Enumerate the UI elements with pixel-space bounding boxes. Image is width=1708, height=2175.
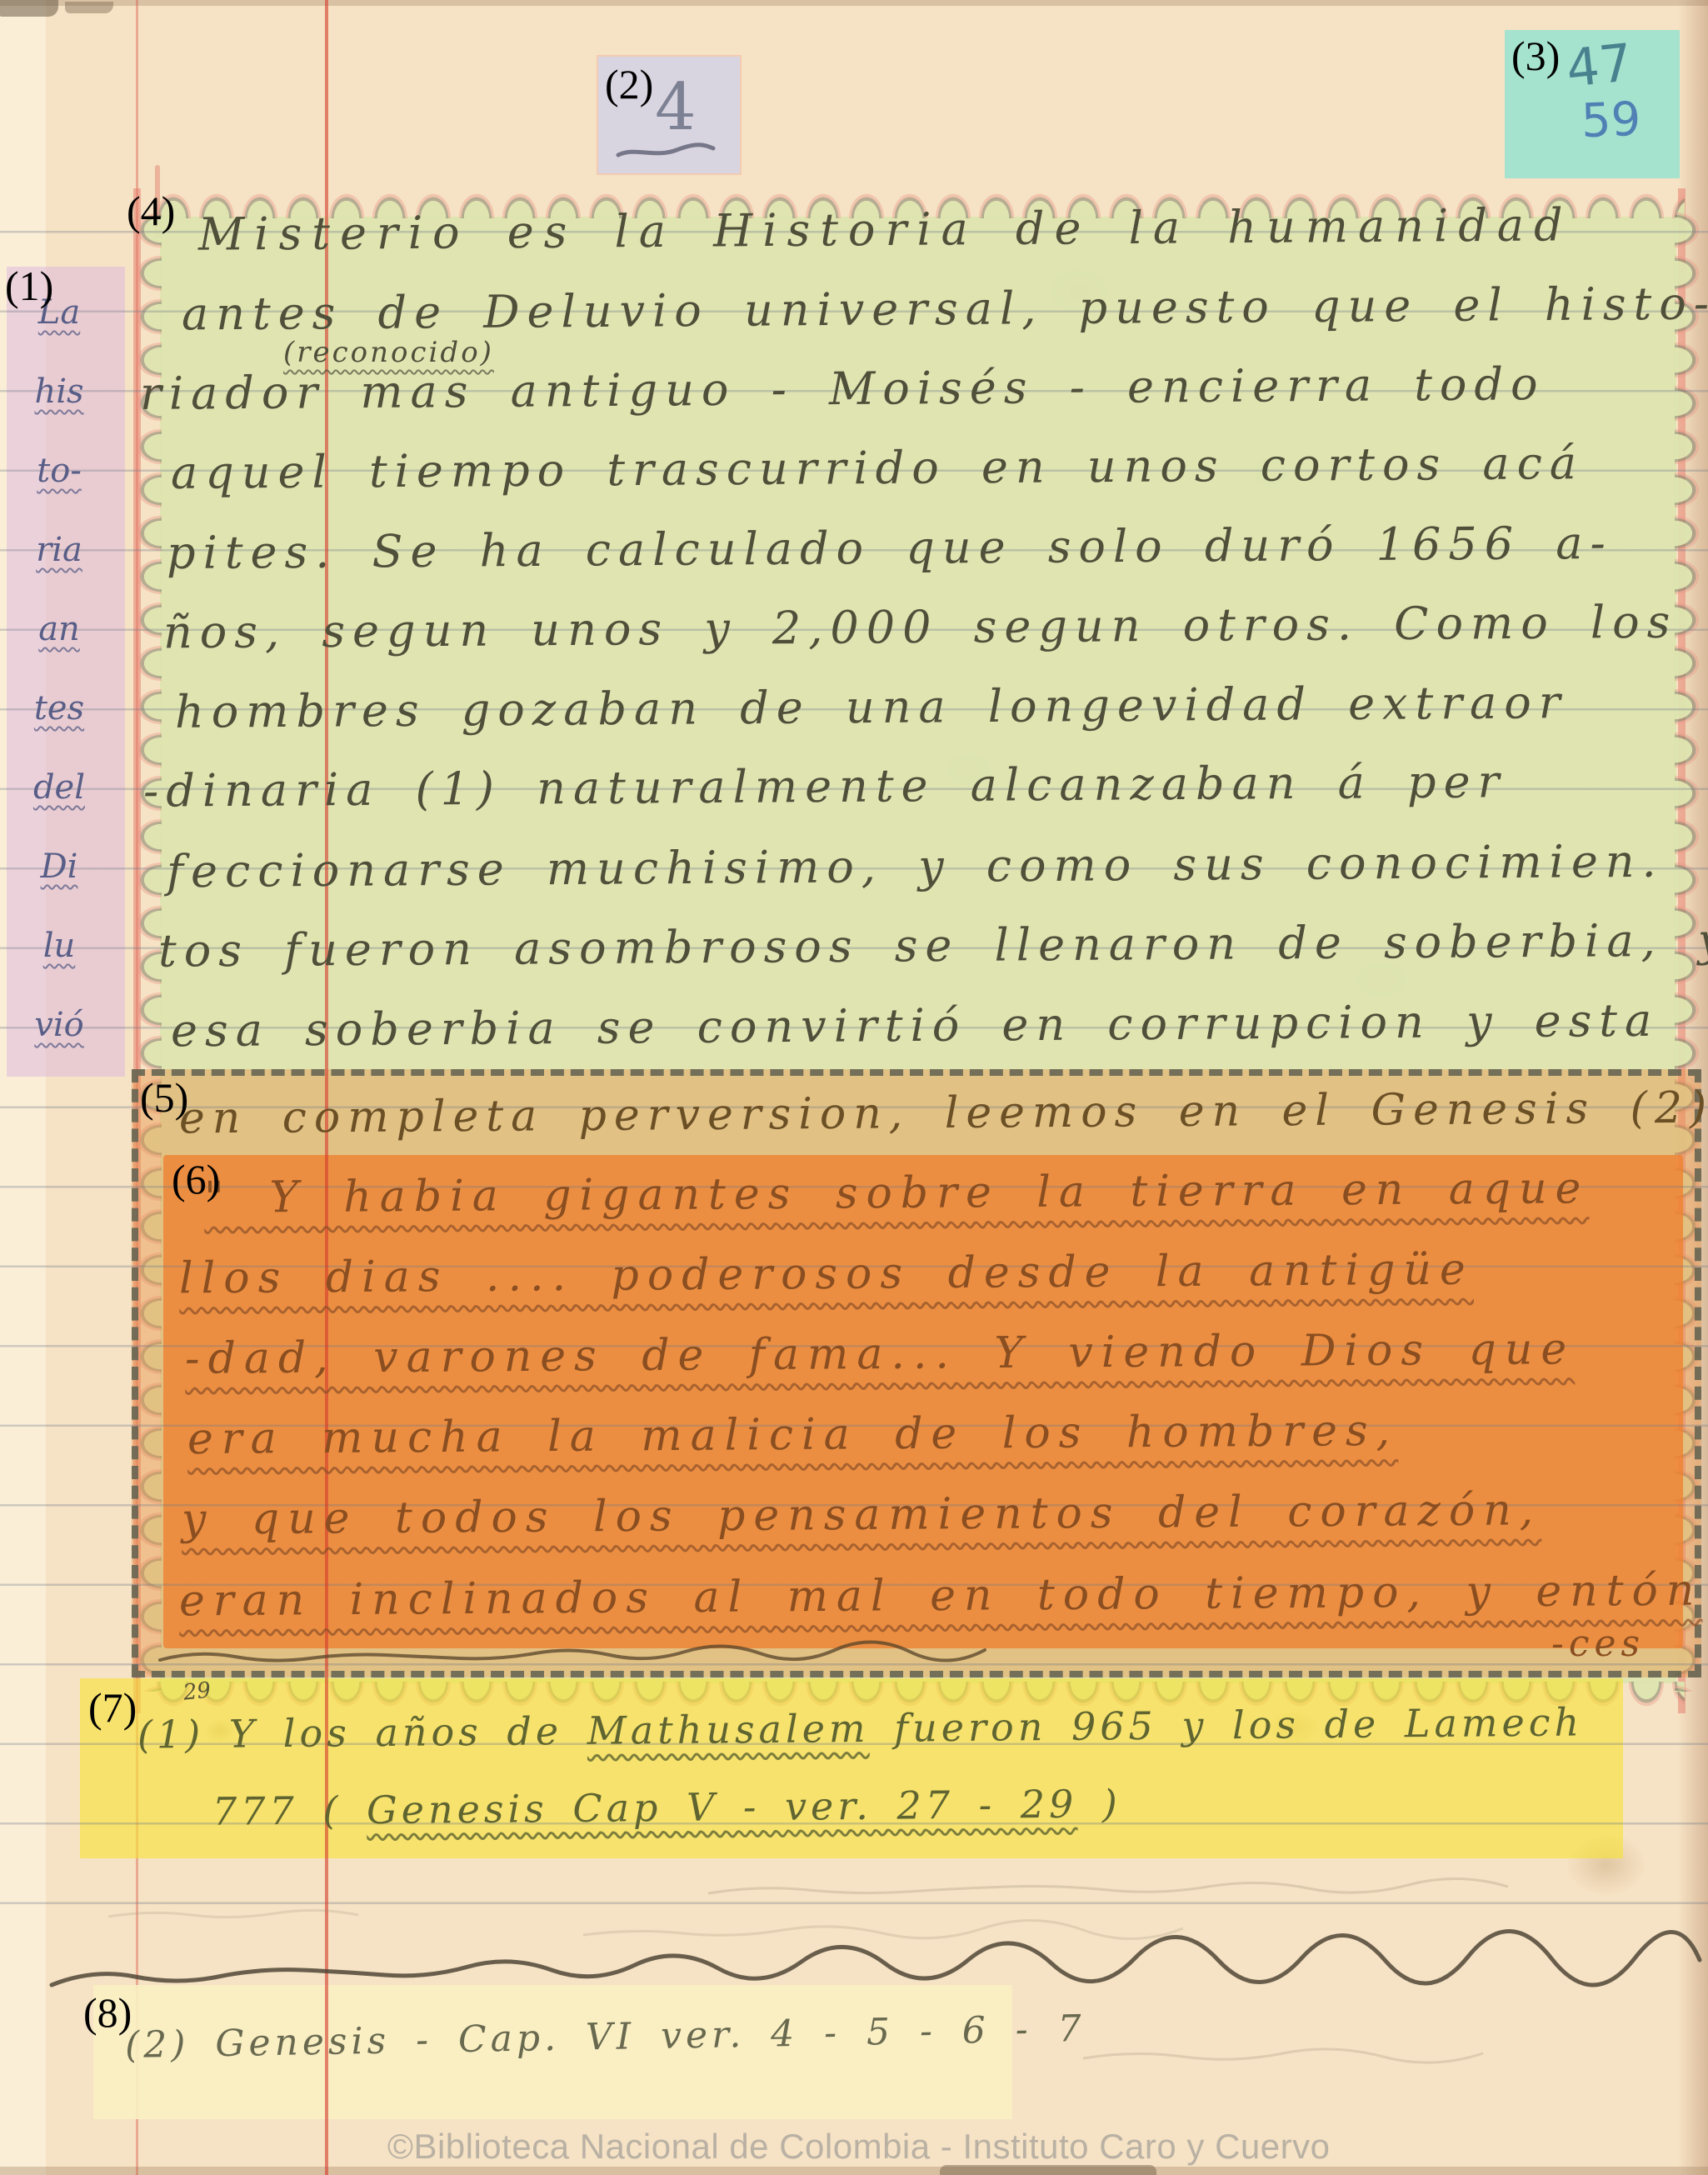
manuscript-line: pites. Se ha calculado que solo duró 165… [167, 517, 1613, 579]
margin-word: del [0, 768, 118, 807]
annotation-label-4: (4) [127, 190, 175, 232]
margin-word: his [0, 372, 118, 411]
footnote-corner-note: 29 [182, 1678, 212, 1706]
annotation-label-6: (6) [172, 1158, 220, 1200]
page-number-value: 4 [655, 70, 697, 145]
corner-number-bottom: 59 [1581, 92, 1641, 148]
annotation-label-7: (7) [88, 1687, 137, 1728]
footnote-underlined-text: Genesis Cap V - ver. 27 - 29 [367, 1782, 1078, 1832]
annotation-label-8: (8) [83, 1992, 132, 2033]
quote-line: " Y habia gigantes sobre la tierra en aq… [204, 1164, 1590, 1223]
margin-word: to- [0, 452, 118, 490]
footnote-underlined-text: Mathusalem [587, 1706, 869, 1753]
quote-line: era mucha la malicia de los hombres, [187, 1407, 1398, 1465]
manuscript-line: hombres gozaban de una longevidad extrao… [175, 677, 1568, 738]
annotation-label-1: (1) [5, 265, 53, 307]
manuscript-line: esa soberbia se convirtió en corrupcion … [171, 995, 1660, 1057]
annotation-label-3: (3) [1511, 35, 1560, 77]
footnote-text: 777 ( [212, 1787, 367, 1834]
manuscript-line: ños, segun unos y 2,000 segun otros. Com… [163, 597, 1678, 659]
footnote-text: ) [1077, 1781, 1121, 1826]
quote-line: -dad, varones de fama... Y viendo Dios q… [185, 1325, 1576, 1384]
margin-word: vió [0, 1006, 118, 1044]
margin-word: ria [0, 531, 118, 569]
margin-word: tes [0, 689, 118, 727]
manuscript-line: antes de Deluvio universal, puesto que e… [182, 278, 1708, 341]
quote-line: llos dias .... poderosos desde la antigü… [179, 1246, 1474, 1305]
annotation-label-5: (5) [140, 1077, 188, 1118]
footnote-text: fueron 965 y los de Lamech [869, 1699, 1583, 1750]
library-watermark: ©Biblioteca Nacional de Colombia - Insti… [387, 2127, 1330, 2167]
manuscript-line: Misterio es la Historia de la humanidad [198, 199, 1573, 261]
manuscript-line: riador mas antiguo - Moisés - encierra t… [140, 358, 1546, 420]
quote-line: eran inclinados al mal en todo tiempo, y… [179, 1567, 1703, 1627]
margin-word: lu [0, 927, 118, 965]
manuscript-page: La his to- ria an tes del Di lu vió 4 47… [0, 0, 1708, 2175]
footnote-line: 777 ( Genesis Cap V - ver. 27 - 29 ) [212, 1782, 1121, 1833]
margin-word: Di [0, 847, 118, 886]
corner-number-top: 47 [1563, 32, 1635, 99]
annotation-label-2: (2) [605, 63, 653, 105]
manuscript-line: tos fueron asombrosos se llenaron de sob… [158, 914, 1708, 977]
footnote-text: (1) Y los años de [137, 1708, 587, 1757]
manuscript-line: -dinaria (1) naturalmente alcanzaban á p… [143, 756, 1507, 817]
margin-word: an [0, 610, 118, 648]
manuscript-line-perversion: en completa perversion, leemos en el Gen… [179, 1084, 1708, 1145]
manuscript-line: aquel tiempo trascurrido en unos cortos … [171, 437, 1584, 499]
quote-line-tail: -ces [1551, 1623, 1645, 1666]
manuscript-line: feccionarse muchisimo, y como sus conoci… [167, 836, 1664, 898]
quote-line: y que todos los pensamientos del corazón… [182, 1486, 1542, 1545]
